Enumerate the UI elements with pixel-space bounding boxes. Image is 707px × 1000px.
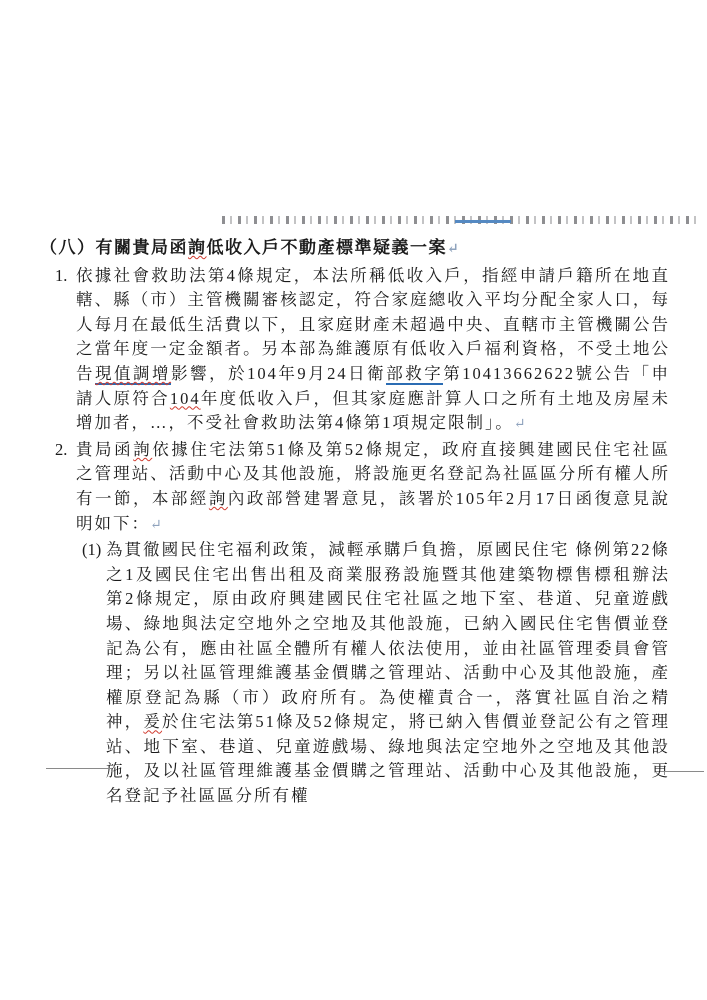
paragraph-text: 依據社會救助法第4條規定，本法所稱低收入戶，指經申請戶籍所在地直轄、縣（市）主管… xyxy=(76,266,670,433)
text-run: 影響，於104年9月24日衛 xyxy=(171,364,386,383)
paragraph-item-2: 2. 貴局函詢依據住宅法第51條及第52條規定，政府直接興建國民住宅社區之管理站… xyxy=(40,438,670,538)
text-run: 低收入戶不動產標準疑義一案 xyxy=(207,238,448,257)
crop-mark-right xyxy=(664,771,704,772)
text-run-pilcrow: ↵ xyxy=(150,518,162,533)
paragraph-text: 為貫徹國民住宅福利政策，減輕承購戶負擔，原國民住宅 條例第22條之1及國民住宅出… xyxy=(106,540,670,805)
text-run-pilcrow: ↵ xyxy=(447,242,459,257)
document-page: （八）有關貴局函詢低收入戶不動產標準疑義一案↵ 1. 依據社會救助法第4條規定，… xyxy=(40,236,670,809)
cutoff-text-remnant xyxy=(222,216,702,224)
text-run-squiggle: 詢 xyxy=(133,440,152,459)
text-run: （八）有關貴局函 xyxy=(40,238,188,257)
item-number: 2. xyxy=(55,438,67,463)
text-run-squiggle: 爰 xyxy=(143,712,162,731)
text-run-squiggle: 詢 xyxy=(209,489,228,508)
text-run-bluelink: 部救字 xyxy=(386,364,443,385)
paragraph-item-1: 1. 依據社會救助法第4條規定，本法所稱低收入戶，指經申請戶籍所在地直轄、縣（市… xyxy=(40,264,670,438)
text-run: 為貫徹國民住宅福利政策，減輕承購戶負擔，原國民住宅 條例第22條之1及國民住宅出… xyxy=(106,540,670,731)
paragraph-text: 貴局函詢依據住宅法第51條及第52條規定，政府直接興建國民住宅社區之管理站、活動… xyxy=(76,440,670,533)
crop-mark-left xyxy=(46,768,112,769)
text-run: 貴局函 xyxy=(76,440,133,459)
text-run-pilcrow: ↵ xyxy=(514,417,526,432)
text-run-squiggle: 104 xyxy=(170,389,201,408)
section-heading: （八）有關貴局函詢低收入戶不動產標準疑義一案↵ xyxy=(40,236,670,263)
cutoff-blue-underline xyxy=(455,220,511,223)
text-run: 於住宅法第51條及52條規定，將已納入售價並登記公有之管理站、地下室、巷道、兒童… xyxy=(106,712,670,805)
text-run-bluelink-squiggle: 現值調增 xyxy=(95,364,171,385)
item-number: 1. xyxy=(55,264,67,289)
subitem-number: (1) xyxy=(82,538,101,563)
text-run-squiggle: 詢 xyxy=(188,238,207,257)
paragraph-subitem-1: (1) 為貫徹國民住宅福利政策，減輕承購戶負擔，原國民住宅 條例第22條之1及國… xyxy=(40,538,670,809)
